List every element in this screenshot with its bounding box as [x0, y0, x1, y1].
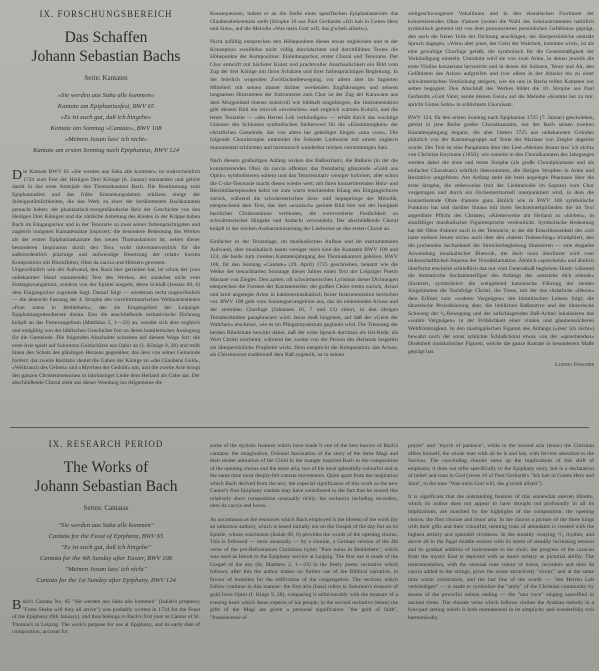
work-occasion: Cantata for the 1st Sunday after Epiphan…	[12, 575, 200, 586]
series-label: Serie: Kantaten	[12, 75, 200, 83]
paragraph: some of the stylistic features which hav…	[210, 443, 398, 511]
works-list: »Sie werden aus Saba alle kommen« Kantat…	[12, 90, 200, 156]
work-title: »Sie werden aus Saba alle kommen«	[12, 90, 200, 101]
section-heading: IX. FORSCHUNGSBEREICH	[12, 11, 200, 19]
paragraph: Die Kantate BWV 65 »Sie werden aus Saba …	[12, 169, 200, 267]
paragraph: It is significant that the outstanding f…	[408, 494, 594, 622]
work-title: "Meinen Jesum lass' ich nicht"	[12, 564, 200, 575]
paragraph: BWV 124, für den ersten Sonntag nach Epi…	[408, 115, 594, 357]
paragraph: Konsequenzen, indem er an die Stelle ein…	[210, 11, 398, 34]
paragraph: Nicht zufällig entsprechen den Höhepunkt…	[210, 39, 398, 152]
body-text: Die Kantate BWV 65 »Sie werden aus Saba …	[12, 169, 200, 388]
german-column-2: Konsequenzen, indem er an die Stelle ein…	[210, 0, 398, 365]
title-line-2: Johann Sebastian Bach	[12, 477, 200, 496]
english-section: IX. RESEARCH PERIOD The Works of Johann …	[0, 430, 599, 671]
author-signature: Ludwig Finscher	[408, 362, 594, 370]
german-section: IX. FORSCHUNGSBEREICH Das Schaffen Johan…	[0, 0, 599, 420]
english-column-1: IX. RESEARCH PERIOD The Works of Johann …	[12, 430, 200, 637]
paragraph: weitgeschwungenen Vokallinien und in den…	[408, 11, 594, 109]
title-line-1: The Works of	[12, 458, 200, 477]
english-column-2: some of the stylistic features which hav…	[210, 430, 398, 628]
work-occasion: Kantate am Epiphaniasfest, BWV 65	[12, 101, 200, 112]
work-title: "Es ist euch gut, daß ich hingehe"	[12, 542, 200, 553]
german-column-3: weitgeschwungenen Vokallinien und in den…	[408, 0, 594, 369]
body-text: Bach's Cantata No. 65 "Sie werden aus Sa…	[12, 599, 200, 637]
title-line-1: Das Schaffen	[12, 28, 200, 47]
paragraph: Nach diesem großartigen Anfang wirken da…	[210, 158, 398, 233]
work-occasion: Kantate am ersten Sonntag nach Epiphania…	[12, 145, 200, 156]
page-title: The Works of Johann Sebastian Bach	[12, 458, 200, 496]
german-column-1: IX. FORSCHUNGSBEREICH Das Schaffen Johan…	[12, 0, 200, 388]
body-text: some of the stylistic features which hav…	[210, 443, 398, 622]
paragraph: Bach's Cantata No. 65 "Sie werden aus Sa…	[12, 599, 200, 637]
page-title: Das Schaffen Johann Sebastian Bachs	[12, 28, 200, 66]
section-heading: IX. RESEARCH PERIOD	[12, 441, 200, 449]
work-title: "Sie werden aus Saba alle kommen"	[12, 520, 200, 531]
title-line-2: Johann Sebastian Bachs	[12, 47, 200, 66]
english-column-3: prayer" and "myrrh of patience", while i…	[408, 430, 594, 628]
series-label: Series: Cantatas	[12, 505, 200, 513]
work-title: »Meinen Jesum lass' ich nicht«	[12, 134, 200, 145]
work-occasion: Kantate am Sonntag »Cantate«, BWV 108	[12, 123, 200, 134]
work-occasion: Cantata for the 4th Sunday after Easter,…	[12, 553, 200, 564]
body-text: prayer" and "myrrh of patience", while i…	[408, 443, 594, 622]
paragraph: prayer" and "myrrh of patience", while i…	[408, 443, 594, 488]
works-list: "Sie werden aus Saba alle kommen" Cantat…	[12, 520, 200, 586]
record-sleeve-notes: IX. FORSCHUNGSBEREICH Das Schaffen Johan…	[0, 0, 599, 671]
paragraph: Ungewöhnlich wie der Aufwand, den Bach h…	[12, 267, 200, 388]
body-text: weitgeschwungenen Vokallinien und in den…	[408, 11, 594, 356]
work-occasion: Cantata for the Feast of Epiphany, BWV 6…	[12, 531, 200, 542]
work-title: »Es ist euch gut, daß ich hingehe«	[12, 112, 200, 123]
drop-cap: D	[12, 170, 22, 182]
body-text: Konsequenzen, indem er an die Stelle ein…	[210, 11, 398, 360]
drop-cap: B	[12, 600, 21, 612]
paragraph: Einfacher in der Textanlage, im musikali…	[210, 239, 398, 360]
paragraph: As uncommon as the resources which Bach …	[210, 517, 398, 623]
section-divider	[10, 427, 589, 428]
